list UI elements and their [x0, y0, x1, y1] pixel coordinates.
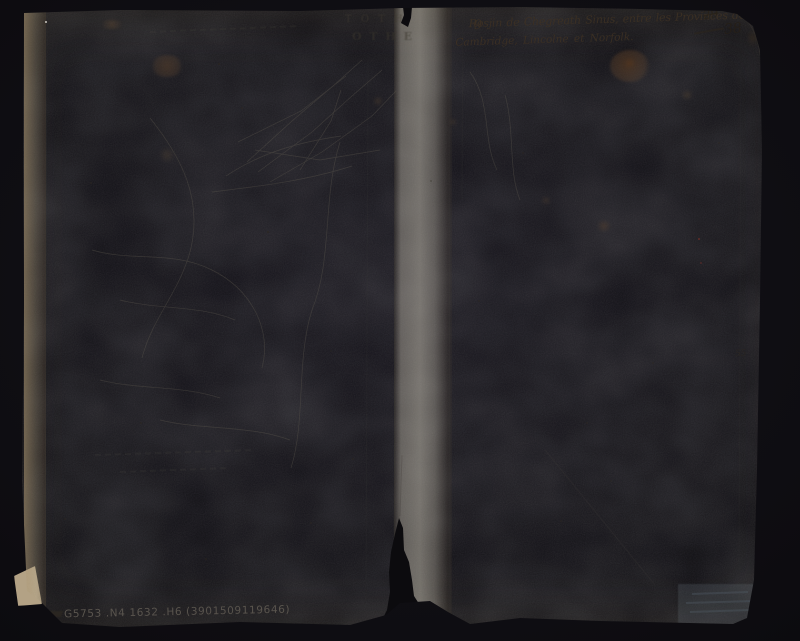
foxing-stain — [448, 118, 458, 126]
foxing-stain — [98, 20, 126, 29]
foxing-stain — [372, 96, 384, 106]
foxing-stain — [150, 55, 184, 77]
right-margin-number: 55 — [735, 349, 747, 360]
paper-sheet: T O T H O T H E Rosjin de Chegreath Sinu… — [0, 0, 800, 641]
library-stamp — [35, 611, 63, 617]
red-specks — [0, 0, 2, 2]
foxing-stain — [540, 196, 552, 205]
foxing-stain — [596, 220, 612, 232]
call-number: G5753 .N4 1632 .H6 (3901509119646) — [64, 604, 290, 621]
scanned-map-verso: T O T H O T H E Rosjin de Chegreath Sinu… — [0, 0, 800, 641]
foxing-stain — [158, 148, 176, 162]
collection-number: 38 — [723, 20, 742, 38]
foxing-stain — [680, 90, 694, 100]
left-deckle-edge — [24, 12, 46, 624]
cartouche-showthrough — [678, 584, 762, 628]
foxing-stain — [624, 58, 636, 68]
ghost-text-fragment: O T H E — [352, 30, 414, 43]
paper-specks — [0, 0, 2, 2]
ghost-text-fragment: T O T H — [345, 14, 406, 25]
